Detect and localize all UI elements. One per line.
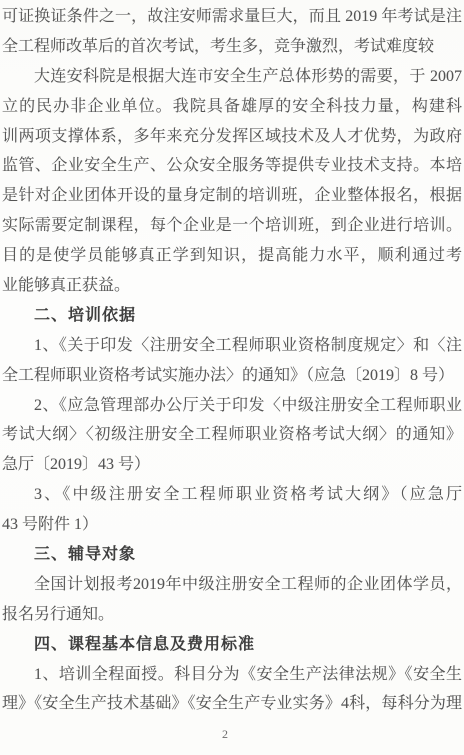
page-number: 2 bbox=[0, 727, 450, 742]
paragraph: 大连安科院是根据大连市安全生产总体形势的需要，于 2007 年成立的民办非企业单… bbox=[2, 62, 462, 301]
text-line: 三、辅导对象 bbox=[2, 540, 462, 570]
document-body: 可证换证条件之一，故注安师需求量巨大，而且 2019 年考试是注册安全工程师改革… bbox=[0, 0, 464, 719]
text-line: 43 号附件 1） bbox=[2, 510, 462, 540]
document-page: 可证换证条件之一，故注安师需求量巨大，而且 2019 年考试是注册安全工程师改革… bbox=[0, 0, 464, 755]
text-line: 考试大纲〉〈初级注册安全工程师职业资格考试大纲〉的通知》（应 bbox=[2, 420, 462, 450]
text-line: 急厅〔2019〕43 号） bbox=[2, 450, 462, 480]
text-line: 实际需要定制课程，每个企业是一个培训班，到企业进行培训。最终 bbox=[2, 211, 462, 241]
text-line: 目的是使学员能够真正学到知识，提高能力水平，顺利通过考试，企 bbox=[2, 241, 462, 271]
text-line: 可证换证条件之一，故注安师需求量巨大，而且 2019 年考试是注册安 bbox=[2, 2, 462, 32]
text-line: 1、《关于印发〈注册安全工程师职业资格制度规定〉和〈注册安 bbox=[2, 331, 462, 361]
text-line: 监管、企业安全生产、公众安全服务等提供专业技术支持。本培训班 bbox=[2, 151, 462, 181]
section-heading: 四、课程基本信息及费用标准 bbox=[2, 630, 462, 660]
text-line: 训两项支撑体系，多年来充分发挥区域技术及人才优势，为政府安全 bbox=[2, 122, 462, 152]
text-line: 立的民办非企业单位。我院具备雄厚的安全科技力量，构建科技、培 bbox=[2, 92, 462, 122]
paragraph: 2、《应急管理部办公厅关于印发〈中级注册安全工程师职业资格考试大纲〉〈初级注册安… bbox=[2, 391, 462, 481]
section-heading: 三、辅导对象 bbox=[2, 540, 462, 570]
text-line: 理》《安全生产技术基础》《安全生产专业实务》4科，每科分为理论 bbox=[2, 689, 462, 719]
section-heading: 二、培训依据 bbox=[2, 301, 462, 331]
paragraph: 3、《中级注册安全工程师职业资格考试大纲》（应急厅〔2019〕43 号附件 1） bbox=[2, 480, 462, 540]
text-line: 是针对企业团体开设的量身定制的培训班，企业整体报名，根据企业 bbox=[2, 181, 462, 211]
paragraph: 1、培训全程面授。科目分为《安全生产法律法规》《安全生产管理》《安全生产技术基础… bbox=[2, 660, 462, 720]
text-line: 1、培训全程面授。科目分为《安全生产法律法规》《安全生产管 bbox=[2, 660, 462, 690]
text-line: 大连安科院是根据大连市安全生产总体形势的需要，于 2007 年成 bbox=[2, 62, 462, 92]
text-line: 四、课程基本信息及费用标准 bbox=[2, 630, 462, 660]
text-line: 全工程师职业资格考试实施办法〉的通知》（应急〔2019〕8 号） bbox=[2, 361, 462, 391]
paragraph: 全国计划报考2019年中级注册安全工程师的企业团体学员，个人报名另行通知。 bbox=[2, 570, 462, 630]
text-line: 业能够真正获益。 bbox=[2, 271, 462, 301]
text-line: 全工程师改革后的首次考试，考生多，竞争激烈，考试难度较大。 bbox=[2, 32, 462, 62]
text-line: 报名另行通知。 bbox=[2, 600, 462, 630]
text-line: 3、《中级注册安全工程师职业资格考试大纲》（应急厅〔2019〕 bbox=[2, 480, 462, 510]
text-line: 二、培训依据 bbox=[2, 301, 462, 331]
text-line: 2、《应急管理部办公厅关于印发〈中级注册安全工程师职业资格 bbox=[2, 391, 462, 421]
paragraph: 可证换证条件之一，故注安师需求量巨大，而且 2019 年考试是注册安全工程师改革… bbox=[2, 2, 462, 62]
text-line: 全国计划报考2019年中级注册安全工程师的企业团体学员，个人 bbox=[2, 570, 462, 600]
paragraph: 1、《关于印发〈注册安全工程师职业资格制度规定〉和〈注册安全工程师职业资格考试实… bbox=[2, 331, 462, 391]
